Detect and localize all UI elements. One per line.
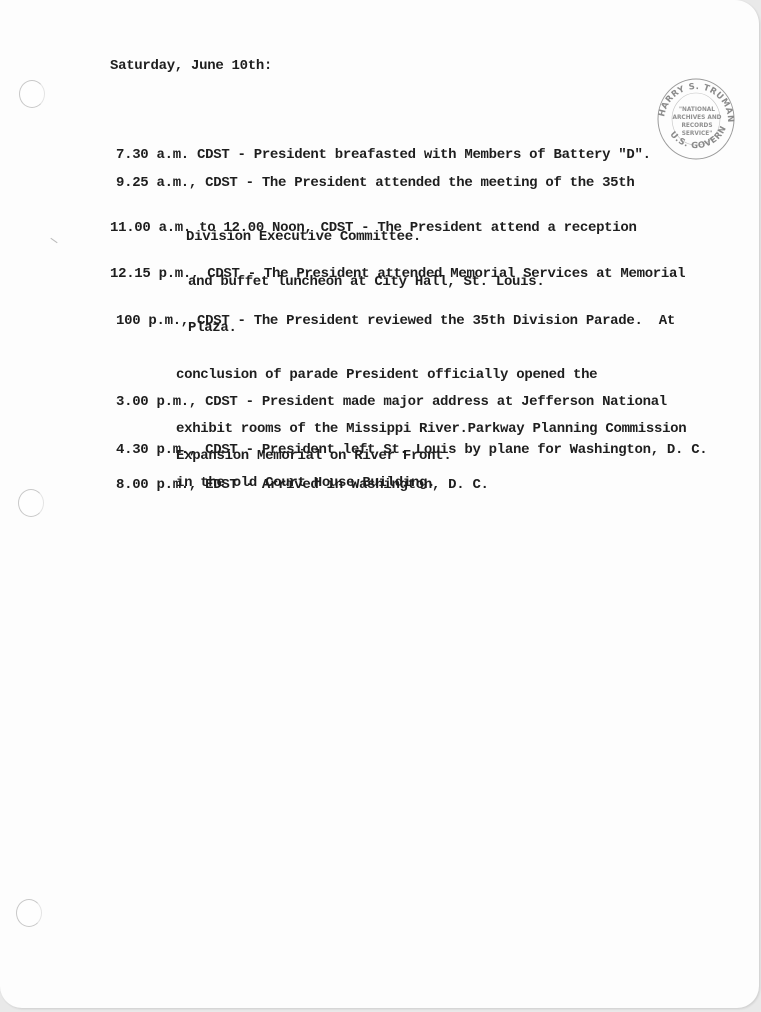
document-page: Saturday, June 10th: 7.30 a.m. CDST - Pr…	[0, 0, 759, 1008]
stamp-inner-line: SERVICE"	[682, 131, 712, 137]
punch-hole-top	[19, 80, 45, 108]
punch-hole-middle	[18, 489, 44, 517]
archive-stamp: HARRY S. TRUMAN LIBRARY U.S. GOVERNMENT …	[655, 73, 737, 163]
paper-mark	[50, 238, 57, 243]
page-heading: Saturday, June 10th:	[110, 58, 272, 74]
entry-line: 8.00 p.m., EDST - Arrived in Washington,…	[116, 476, 489, 494]
entry-line: 100 p.m., CDST - The President reviewed …	[116, 312, 686, 330]
stamp-inner-line: RECORDS	[681, 123, 712, 129]
stamp-inner-line: "NATIONAL	[679, 107, 715, 113]
stamp-inner-line: ARCHIVES AND	[672, 115, 721, 121]
itinerary-entry: 8.00 p.m., EDST - Arrived in Washington,…	[116, 440, 489, 530]
punch-hole-bottom	[16, 899, 42, 927]
